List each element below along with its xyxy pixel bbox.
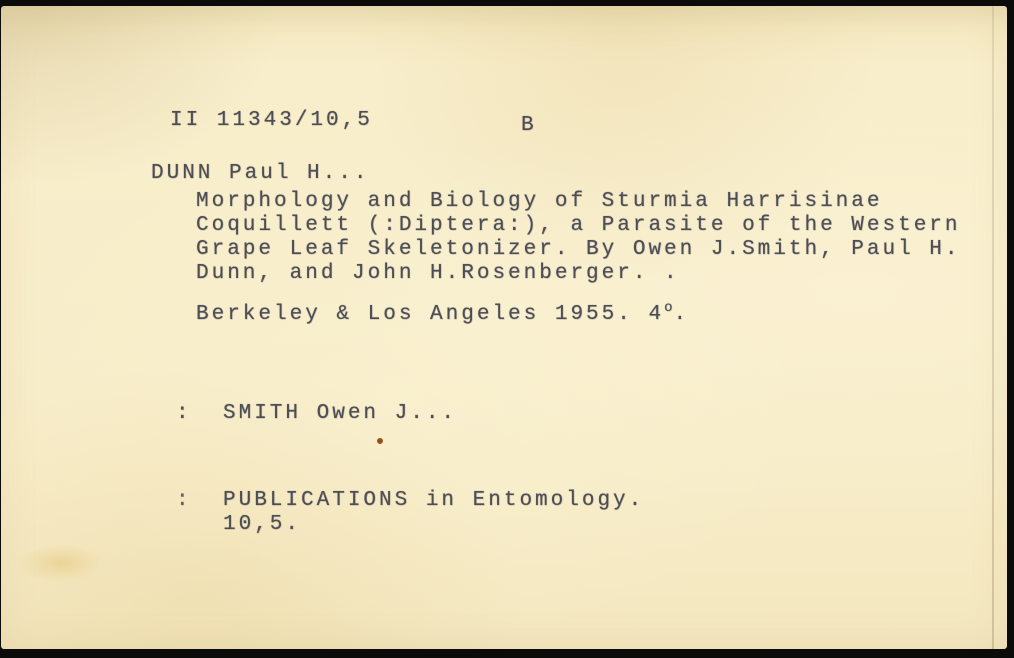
call-number: II 11343/10,5	[170, 109, 373, 132]
imprint-superscript: o	[664, 300, 673, 316]
cross-reference-name: SMITH Owen J...	[223, 402, 457, 425]
imprint-end: .	[673, 303, 689, 326]
title-line: Dunn, and John H.Rosenberger. .	[196, 262, 680, 285]
title-line: Coquillett (:Diptera:), a Parasite of th…	[196, 214, 961, 237]
shelf-number: 10,5.	[223, 513, 301, 536]
card-edge-line	[992, 6, 994, 649]
paper-stain	[18, 544, 104, 582]
catalog-card: II 11343/10,5 B DUNN Paul H... Morpholog…	[1, 6, 1007, 649]
ink-dot	[377, 438, 383, 444]
author-heading: DUNN Paul H...	[151, 162, 369, 185]
title-line: Morphology and Biology of Sturmia Harris…	[196, 190, 883, 213]
scan-background: II 11343/10,5 B DUNN Paul H... Morpholog…	[0, 0, 1014, 658]
cross-reference-colon: :	[176, 489, 192, 512]
section-letter: B	[521, 114, 537, 137]
cross-reference-series: PUBLICATIONS in Entomology.	[223, 489, 644, 512]
imprint-text: Berkeley & Los Angeles 1955. 4	[196, 303, 664, 326]
cross-reference-colon: :	[176, 402, 192, 425]
title-line: Grape Leaf Skeletonizer. By Owen J.Smith…	[196, 238, 961, 261]
imprint-line: Berkeley & Los Angeles 1955. 4o.	[196, 303, 689, 326]
